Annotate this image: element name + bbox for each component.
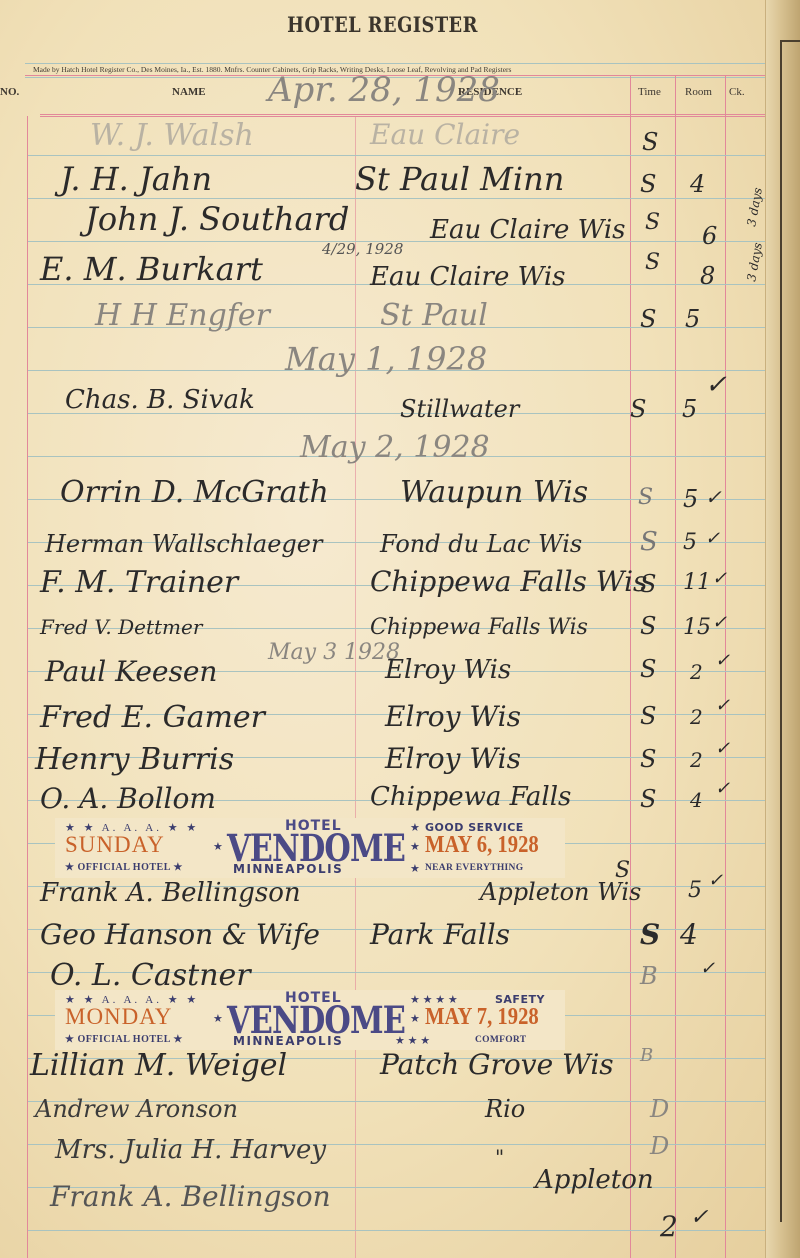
guest-name: Frank A. Bellingson — [40, 878, 301, 908]
check-mark: ✓ — [715, 738, 730, 759]
room-number: 11 — [683, 570, 711, 595]
stamp-slogan-bottom: COMFORT — [475, 1035, 526, 1045]
guest-name: F. M. Trainer — [40, 565, 238, 600]
room-number: 4 — [680, 918, 698, 951]
stamp-city: MINNEAPOLIS — [233, 862, 343, 876]
guest-name: Chas. B. Sivak — [65, 385, 255, 415]
column-header-no: NO. — [0, 86, 19, 98]
star-icon: ★ ★ ★ — [395, 1034, 430, 1047]
star-icon: ★ — [213, 840, 223, 853]
time-mark: S — [638, 485, 653, 510]
room-number: 6 — [702, 222, 717, 250]
guest-name: Henry Burris — [35, 742, 234, 777]
room-number: 5 — [682, 395, 697, 423]
guest-residence: Chippewa Falls — [370, 782, 571, 812]
stamp-slogan-bottom: NEAR EVERYTHING — [425, 863, 523, 873]
time-mark: S — [645, 250, 660, 275]
time-mark: S — [640, 570, 656, 598]
room-number: 5 — [688, 878, 702, 903]
guest-name: Frank A. Bellingson — [50, 1180, 331, 1213]
column-header-time: Time — [638, 86, 661, 98]
guest-name: John J. Southard — [85, 200, 349, 238]
guest-residence: Appleton — [535, 1165, 654, 1195]
rule-line — [40, 114, 765, 115]
guest-name: Lillian M. Weigel — [30, 1048, 287, 1083]
guest-residence: Elroy Wis — [385, 700, 521, 733]
stamp-date: MAY 7, 1928 — [425, 1004, 539, 1031]
guest-residence: Patch Grove Wis — [380, 1048, 614, 1081]
register-page: HOTEL REGISTER Made by Hatch Hotel Regis… — [0, 0, 765, 1258]
stamp-official-line: ★ OFFICIAL HOTEL ★ — [65, 1034, 183, 1045]
check-mark: ✓ — [715, 695, 730, 716]
stamp-day: SUNDAY — [65, 832, 165, 858]
room-number: 2 — [690, 660, 703, 684]
guest-residence: " — [495, 1145, 504, 1169]
binding-edge — [780, 40, 800, 1222]
time-mark: S — [640, 655, 656, 683]
guest-name: Fred E. Gamer — [40, 700, 265, 735]
time-mark: B — [640, 1045, 653, 1066]
time-mark: S — [640, 612, 656, 640]
stamp-day: MONDAY — [65, 1004, 172, 1030]
check-mark: ✓ — [690, 1205, 708, 1230]
stamp-date: MAY 6, 1928 — [425, 832, 539, 859]
guest-name: Paul Keesen — [45, 655, 217, 688]
room-number: 2 — [690, 748, 703, 772]
guest-name: Andrew Aronson — [35, 1095, 238, 1123]
check-mark: ✓ — [700, 958, 715, 979]
check-mark: ✓ — [715, 650, 730, 671]
time-mark: S — [640, 170, 656, 198]
star-icon: ★ — [410, 821, 420, 834]
guest-name: O. L. Castner — [50, 958, 251, 993]
guest-residence: Elroy Wis — [385, 742, 521, 775]
stamp-official-line: ★ OFFICIAL HOTEL ★ — [65, 862, 183, 873]
rule-line — [28, 198, 765, 199]
check-mark: ✓ — [705, 485, 722, 509]
ck-note: 3 days — [744, 241, 765, 282]
guest-residence: Eau Claire Wis — [430, 215, 626, 245]
room-number: 5 — [685, 305, 700, 333]
column-divider — [630, 75, 631, 1258]
room-number: 8 — [700, 262, 715, 290]
time-mark: D — [650, 1132, 669, 1160]
column-divider — [27, 116, 28, 1258]
date-may2: May 2, 1928 — [300, 430, 490, 465]
time-mark: S — [640, 305, 656, 333]
check-mark: ✓ — [712, 568, 727, 589]
stamp-city: MINNEAPOLIS — [233, 1034, 343, 1048]
date-apr28: Apr. 28, 1928 — [268, 70, 500, 110]
time-mark: S — [640, 702, 656, 730]
guest-residence: Park Falls — [370, 918, 510, 951]
time-mark: S — [615, 858, 630, 883]
stamp-official: OFFICIAL HOTEL — [77, 862, 170, 873]
check-mark: ✓ — [712, 612, 727, 633]
room-number: 5 — [683, 530, 697, 555]
time-mark: B — [640, 962, 658, 990]
date-apr29: 4/29, 1928 — [322, 240, 403, 258]
column-divider — [675, 75, 676, 1258]
star-icon: ★ — [213, 1012, 223, 1025]
check-mark: ✓ — [705, 528, 720, 549]
room-number: 15 — [683, 615, 711, 640]
time-mark: S — [640, 785, 656, 813]
date-may3: May 3 1928 — [268, 640, 400, 665]
time-mark: S — [640, 745, 656, 773]
guest-name: J. H. Jahn — [60, 160, 212, 198]
room-number: 2 — [690, 705, 703, 729]
column-header-ck: Ck. — [729, 86, 745, 98]
guest-residence: Rio — [485, 1095, 525, 1123]
time-mark: S — [640, 527, 658, 557]
room-number: 4 — [690, 170, 705, 198]
guest-name: E. M. Burkart — [40, 250, 263, 288]
guest-residence: Chippewa Falls Wis — [370, 565, 647, 598]
hotel-stamp-sunday: ★ ★ A. A. A. ★ ★ SUNDAY ★ OFFICIAL HOTEL… — [55, 818, 565, 878]
guest-name: H H Engfer — [95, 298, 270, 333]
time-mark: D — [650, 1095, 669, 1123]
check-mark: ✓ — [708, 870, 723, 891]
guest-residence: St Paul — [380, 298, 488, 333]
star-icon: ★ — [410, 862, 420, 875]
check-mark: ✓ — [715, 778, 730, 799]
guest-name: W. J. Walsh — [90, 118, 254, 153]
star-icon: ★ — [410, 840, 420, 853]
time-mark: S — [645, 210, 660, 235]
guest-residence: Elroy Wis — [385, 655, 511, 685]
ck-note: 3 days — [744, 186, 765, 227]
guest-residence: Fond du Lac Wis — [380, 530, 582, 558]
star-icon: ★ — [410, 1012, 420, 1025]
room-number: 5 — [683, 485, 698, 513]
guest-name: Herman Wallschlaeger — [45, 530, 322, 558]
guest-name: Mrs. Julia H. Harvey — [55, 1135, 326, 1165]
rule-line — [25, 63, 765, 64]
guest-residence: Eau Claire — [370, 118, 520, 151]
time-mark: S — [640, 918, 660, 951]
guest-name: Orrin D. McGrath — [60, 475, 329, 510]
room-number: 2 — [660, 1210, 678, 1243]
room-number: 4 — [690, 788, 703, 812]
guest-residence: St Paul Minn — [355, 160, 564, 198]
guest-name: Fred V. Dettmer — [40, 615, 202, 639]
guest-residence: Stillwater — [400, 395, 519, 423]
guest-residence: Eau Claire Wis — [370, 262, 566, 292]
rule-line — [40, 116, 765, 117]
guest-name: Geo Hanson & Wife — [40, 918, 320, 951]
column-header-room: Room — [685, 86, 712, 98]
stamp-official: OFFICIAL HOTEL — [77, 1034, 170, 1045]
page-title: HOTEL REGISTER — [57, 12, 707, 37]
column-header-name: NAME — [172, 86, 206, 98]
rule-line — [28, 1230, 765, 1231]
guest-name: O. A. Bollom — [40, 782, 216, 815]
hotel-stamp-monday: ★ ★ A. A. A. ★ ★ MONDAY ★ OFFICIAL HOTEL… — [55, 990, 565, 1050]
time-mark: S — [630, 395, 646, 423]
check-mark: ✓ — [705, 370, 727, 400]
guest-residence: Waupun Wis — [400, 475, 588, 510]
time-mark: S — [642, 128, 658, 156]
guest-residence: Chippewa Falls Wis — [370, 615, 588, 640]
date-may1: May 1, 1928 — [285, 340, 487, 378]
column-divider — [355, 116, 356, 1258]
